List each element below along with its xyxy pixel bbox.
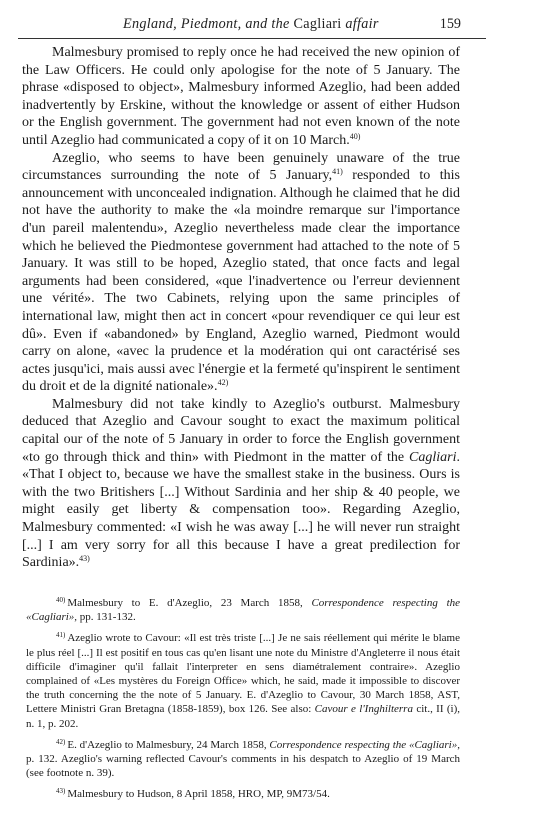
footnote-text: Malmesbury to E. d'Azeglio, 23 March 185… [67, 597, 311, 609]
paragraph-1: Malmesbury promised to reply once he had… [22, 44, 460, 150]
page-number: 159 [440, 16, 461, 33]
footnote-ref-43[interactable]: 43) [79, 554, 90, 563]
running-header: England, Piedmont, and the Cagliari affa… [18, 14, 486, 39]
footnote-ref-41[interactable]: 41) [332, 167, 343, 176]
footnote-40: 40)Malmesbury to E. d'Azeglio, 23 March … [26, 596, 460, 624]
paragraph-2: Azeglio, who seems to have been genuinel… [22, 150, 460, 396]
main-text: Malmesbury promised to reply once he had… [22, 44, 460, 572]
footnote-ref-40[interactable]: 40) [350, 132, 361, 141]
footnote-ref-42[interactable]: 42) [218, 378, 229, 387]
footnote-text: E. d'Azeglio to Malmesbury, 24 March 185… [67, 739, 269, 751]
header-title-text: England, Piedmont, and the [123, 16, 293, 32]
running-header-title: England, Piedmont, and the Cagliari affa… [123, 16, 379, 33]
footnotes: 40)Malmesbury to E. d'Azeglio, 23 March … [26, 596, 460, 809]
header-title-affair: affair [342, 16, 379, 32]
footnote-42: 42)E. d'Azeglio to Malmesbury, 24 March … [26, 738, 460, 781]
footnote-41: 41)Azeglio wrote to Cavour: «Il est très… [26, 631, 460, 730]
paragraph-text: Malmesbury did not take kindly to Azegli… [22, 397, 460, 465]
paragraph-text: Malmesbury promised to reply once he had… [22, 45, 460, 148]
footnote-number: 43) [56, 787, 65, 795]
paragraph-3: Malmesbury did not take kindly to Azegli… [22, 396, 460, 572]
footnote-text: , pp. 131-132. [74, 611, 135, 623]
paragraph-text: . «That I object to, because we have the… [22, 450, 460, 571]
footnote-number: 40) [56, 596, 65, 604]
paragraph-text: responded to this announcement with unco… [22, 168, 460, 394]
footnote-italic: Cavour e l'Inghilterra [315, 703, 413, 715]
footnote-text: Malmesbury to Hudson, 8 April 1858, HRO,… [67, 788, 330, 800]
footnote-number: 42) [56, 738, 65, 746]
footnote-italic: Correspondence respecting the «Cagliari» [269, 739, 457, 751]
header-title-cagliari: Cagliari [293, 16, 341, 32]
italic-ship-name: Cagliari [409, 450, 456, 465]
footnote-43: 43)Malmesbury to Hudson, 8 April 1858, H… [26, 787, 460, 801]
footnote-number: 41) [56, 631, 65, 639]
